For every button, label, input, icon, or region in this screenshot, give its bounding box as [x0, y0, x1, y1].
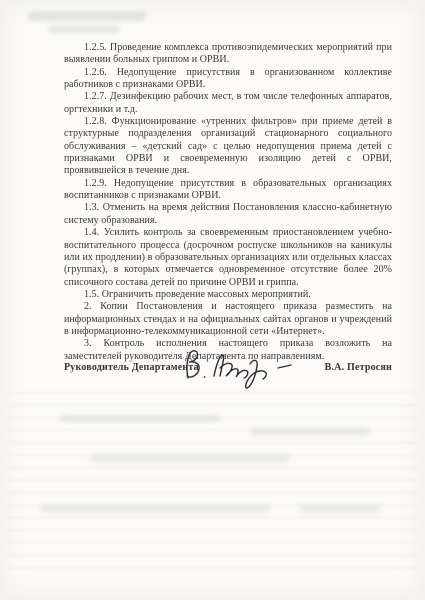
scanned-document-page: 1.2.5. Проведение комплекса противоэпиде… — [0, 0, 425, 600]
signatory-name: В.А. Петросян — [325, 362, 392, 373]
paragraph-2: 2. Копии Постановления и настоящего прик… — [64, 301, 392, 338]
paragraph-1-2-9: 1.2.9. Недопущение присутствия в образов… — [64, 178, 392, 203]
bleedthrough-artifact — [27, 11, 146, 21]
document-body: 1.2.5. Проведение комплекса противоэпиде… — [64, 42, 392, 363]
bleedthrough-artifact — [250, 428, 370, 435]
paragraph-1-5: 1.5. Ограничить проведение массовых меро… — [64, 289, 392, 301]
bleedthrough-artifact — [60, 415, 220, 422]
paragraph-1-4: 1.4. Усилить контроль за своевременным п… — [64, 227, 392, 289]
paragraph-1-2-8: 1.2.8. Функционирование «утренних фильтр… — [64, 116, 392, 178]
bleedthrough-artifact — [48, 25, 120, 33]
paragraph-1-2-5: 1.2.5. Проведение комплекса противоэпиде… — [64, 42, 392, 67]
paragraph-1-2-7: 1.2.7. Дезинфекцию рабочих мест, в том ч… — [64, 91, 392, 116]
bleedthrough-artifact — [6, 392, 419, 570]
bleedthrough-artifact — [300, 505, 380, 512]
signatory-title: Руководитель Департамента — [64, 362, 199, 373]
signature-block: Руководитель Департамента В.А. Петросян — [64, 362, 392, 373]
paragraph-1-2-6: 1.2.6. Недопущение присутствия в организ… — [64, 67, 392, 92]
bleedthrough-artifact — [90, 455, 290, 462]
bleedthrough-artifact — [40, 505, 270, 512]
paragraph-1-3: 1.3. Отменить на время действия Постанов… — [64, 202, 392, 227]
